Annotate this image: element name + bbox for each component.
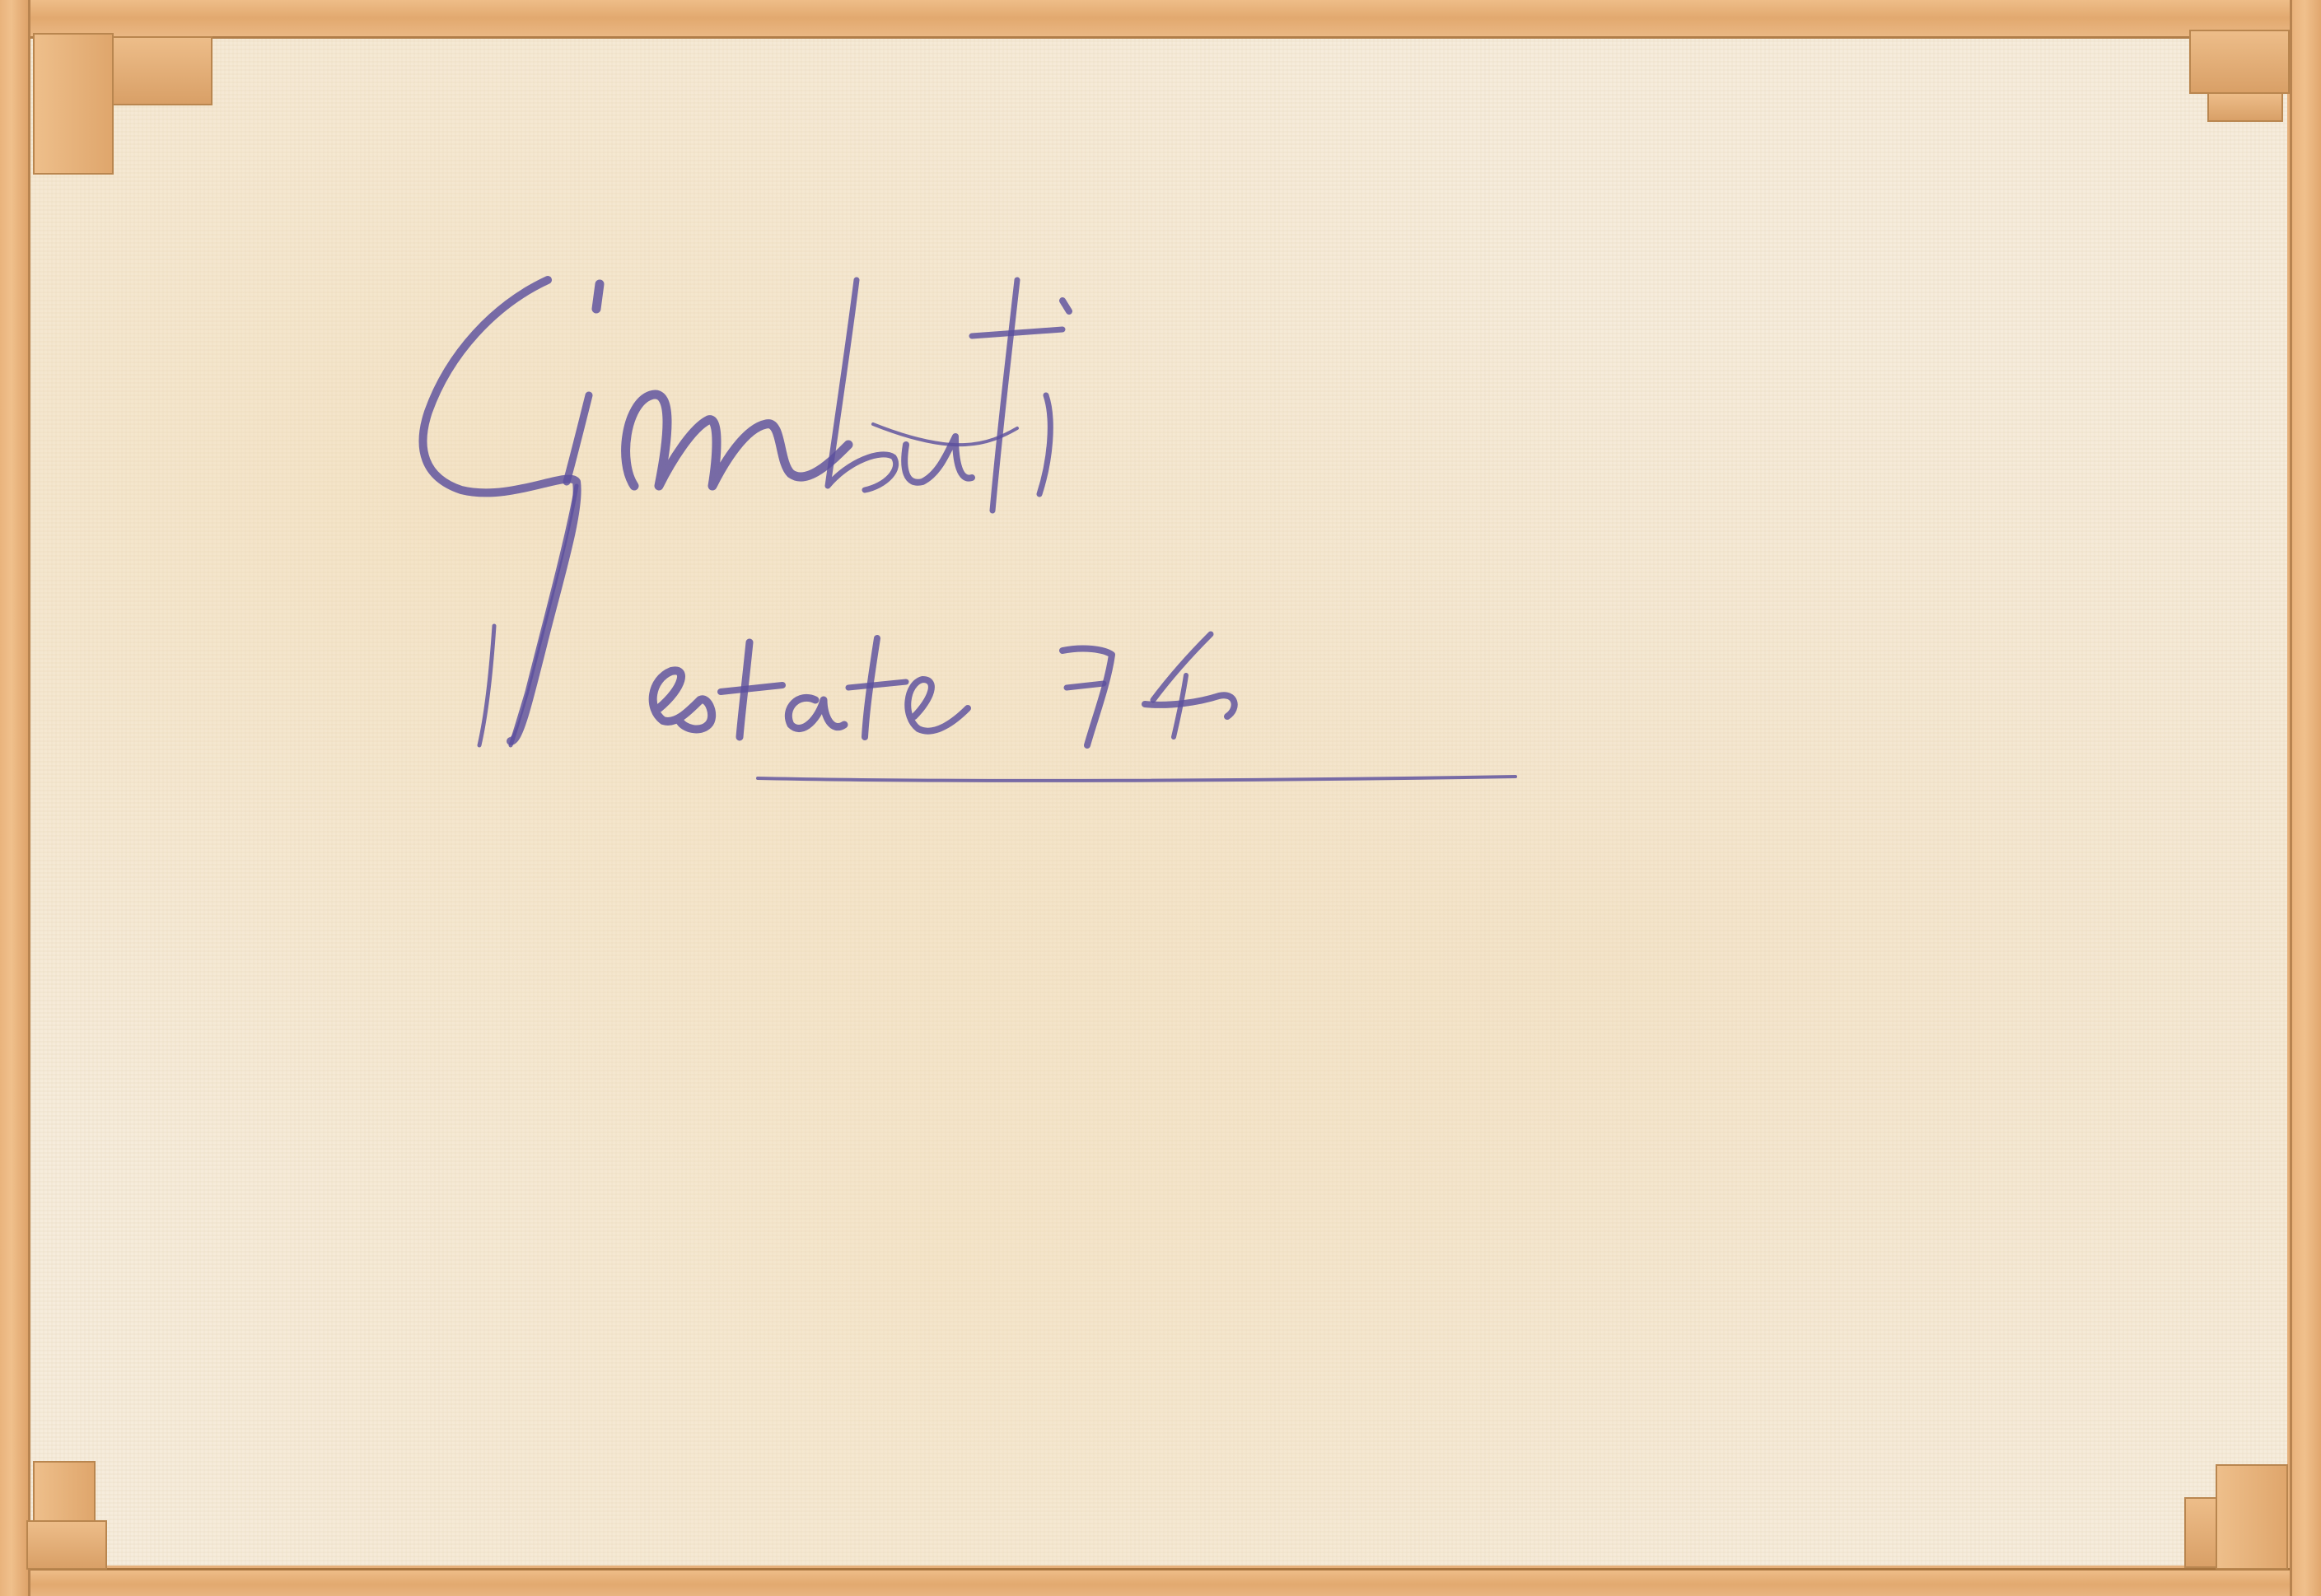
corner-key-top-right-horizontal bbox=[2189, 30, 2290, 94]
corner-key-bottom-left-vertical bbox=[33, 1461, 96, 1522]
corner-key-bottom-right-vertical bbox=[2216, 1464, 2288, 1570]
corner-key-bottom-left-horizontal bbox=[26, 1520, 107, 1570]
corner-key-top-left-horizontal bbox=[112, 36, 212, 105]
frame-bar-top bbox=[0, 0, 2321, 39]
frame-bar-right bbox=[2290, 0, 2321, 1596]
corner-key-bottom-right-small bbox=[2184, 1497, 2217, 1568]
corner-key-top-left-vertical bbox=[33, 33, 114, 175]
frame-bar-bottom bbox=[0, 1568, 2321, 1596]
canvas-back bbox=[30, 39, 2287, 1566]
stretcher-frame: Giambuti estate 74 bbox=[0, 0, 2321, 1596]
corner-key-top-right-small bbox=[2207, 92, 2283, 122]
frame-bar-left bbox=[0, 0, 30, 1596]
